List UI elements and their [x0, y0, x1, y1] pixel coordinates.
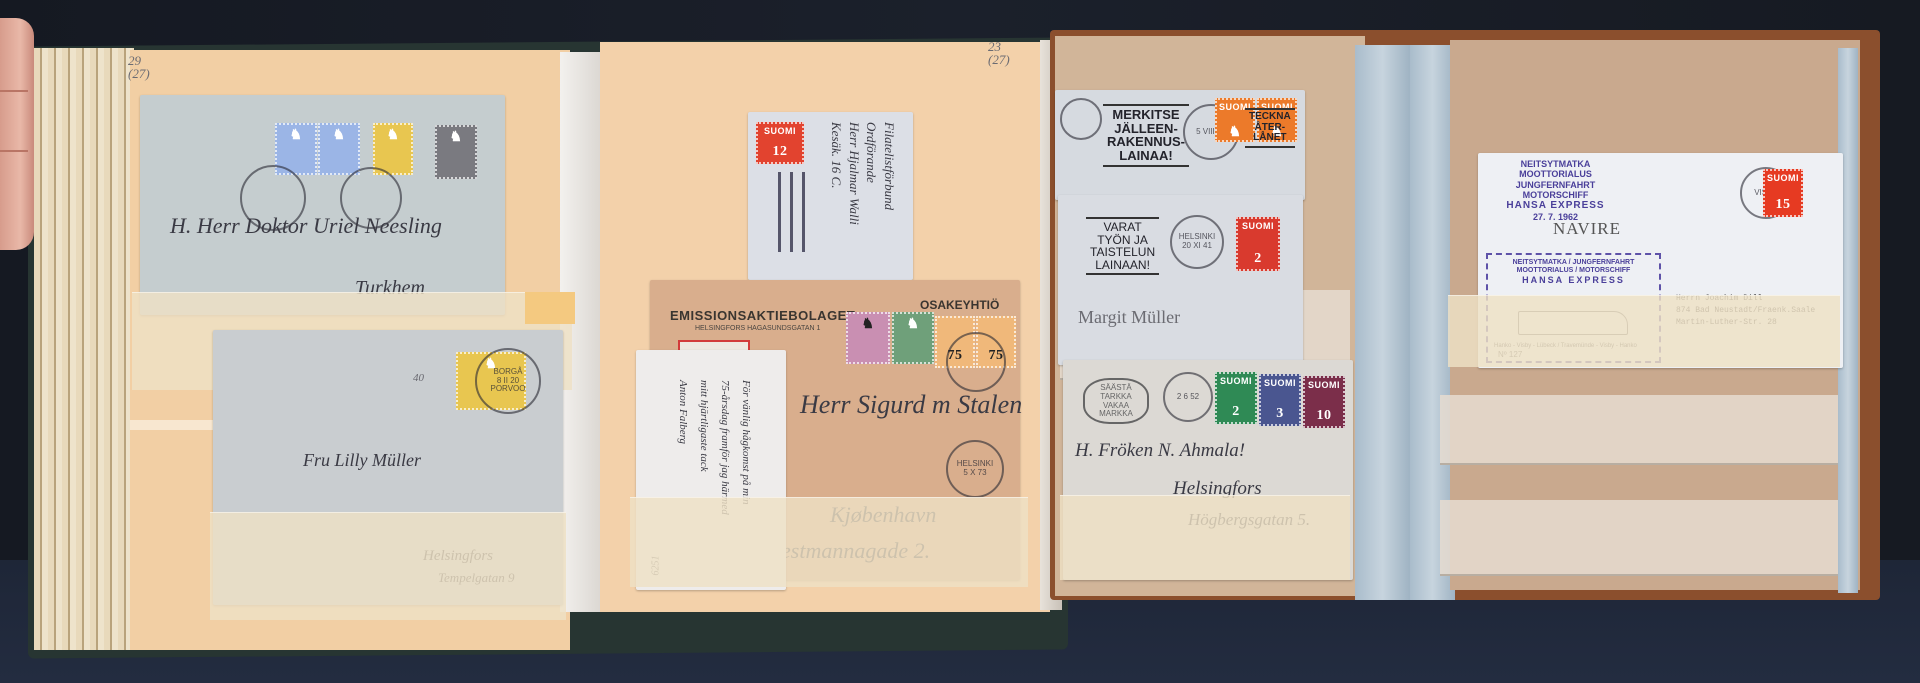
postmark: 2 6 52 [1163, 372, 1213, 422]
cover-neesling[interactable]: ♞ ♞ ♞ ♞ H. Herr Doktor Uriel Neesling Tu… [140, 95, 505, 315]
stamp: SUOMI15 [1763, 169, 1803, 217]
stamp: SUOMI3 [1259, 374, 1301, 426]
address: Herr Sigurd m Stalen [800, 390, 1022, 420]
card-text: För vänlig hågkomst på min 75-årsdag fra… [672, 380, 756, 515]
finger-crease [0, 150, 28, 152]
postmark: BORGÅ8 II 20PORVOO [475, 348, 541, 414]
lion-emblem-icon: ♞ [906, 316, 919, 330]
address: Fru Lilly Müller [303, 450, 421, 471]
finger-crease [0, 90, 28, 92]
slogan-sv: TECKNA ÅTER- LÅNET [1245, 108, 1295, 148]
finger [0, 18, 34, 250]
lion-emblem-icon: ♞ [861, 316, 874, 330]
page-number-right: 23 (27) [988, 40, 1010, 66]
glassine-strip [1448, 295, 1840, 367]
glassine-strip [1060, 495, 1350, 580]
cover-slogan-2[interactable]: VARAT TYÖN JA TAISTELUN LAINAAN! HELSINK… [1058, 195, 1303, 365]
cover-filatelistforbund[interactable]: SUOMI12 Filatelistförbund Ordförande Her… [748, 112, 913, 280]
stamp: ♞ [892, 312, 934, 364]
cancel-line [790, 172, 793, 252]
postmark: HELSINKI20 XI 41 [1170, 215, 1224, 269]
album-right-spine [1355, 45, 1410, 600]
lion-emblem-icon: ♞ [332, 127, 345, 141]
sender: EMISSIONSAKTIEBOLAGET [670, 308, 855, 323]
postmark: HELSINKI5 X 73 [946, 440, 1004, 498]
glassine-strip [1440, 500, 1838, 576]
postmark [1060, 98, 1102, 140]
stamp: SUOMI2 [1236, 217, 1280, 271]
sender-fi: OSAKEYHTIÖ [920, 298, 999, 312]
glassine-strip [210, 512, 566, 620]
slogan-fi: MERKITSE JÄLLEEN- RAKENNUS- LAINAA! [1103, 104, 1189, 167]
glassine-strip [630, 497, 1028, 587]
lion-emblem-icon: ♞ [1228, 124, 1241, 138]
address-block: Filatelistförbund Ordförande Herr Hjalma… [828, 122, 898, 225]
tape-piece [525, 292, 575, 324]
lion-emblem-icon: ♞ [289, 127, 302, 141]
slogan-fi: VARAT TYÖN JA TAISTELUN LAINAAN! [1086, 217, 1159, 275]
stamp: ♞ [435, 125, 477, 179]
navire-mark: NAVIRE [1553, 219, 1621, 239]
pencil-mark: 40 [413, 372, 424, 384]
album-left-page-stack [34, 48, 134, 650]
lion-emblem-icon: ♞ [449, 129, 462, 143]
cover-slogan-1[interactable]: MERKITSE JÄLLEEN- RAKENNUS- LAINAA! 5 VI… [1055, 90, 1305, 200]
cancel-line [802, 172, 805, 252]
cachet: SÄÄSTÄ TARKKA VAKAA MARKKA [1083, 378, 1149, 424]
stamp: SUOMI10 [1303, 376, 1345, 428]
postmark [946, 332, 1006, 392]
lion-emblem-icon: ♞ [386, 127, 399, 141]
address: Margit Müller [1078, 307, 1180, 328]
glassine-strip [1440, 395, 1838, 465]
sender-address: HELSINGFORS HAGASUNDSGATAN 1 [695, 325, 820, 332]
stamp: SUOMI12 [756, 122, 804, 164]
stamp: ♞ [846, 312, 890, 364]
address: H. Fröken N. Ahmala! [1075, 440, 1245, 462]
page-number-left: 29 (27) [128, 54, 150, 80]
address: H. Herr Doktor Uriel Neesling [170, 213, 442, 239]
stamp: SUOMI2 [1215, 372, 1257, 424]
stamp: ♞ [318, 123, 360, 175]
cancel-line [778, 172, 781, 252]
header-print: NEITSYTMATKA MOOTTORIALUS JUNGFERNFAHRT … [1488, 159, 1623, 222]
